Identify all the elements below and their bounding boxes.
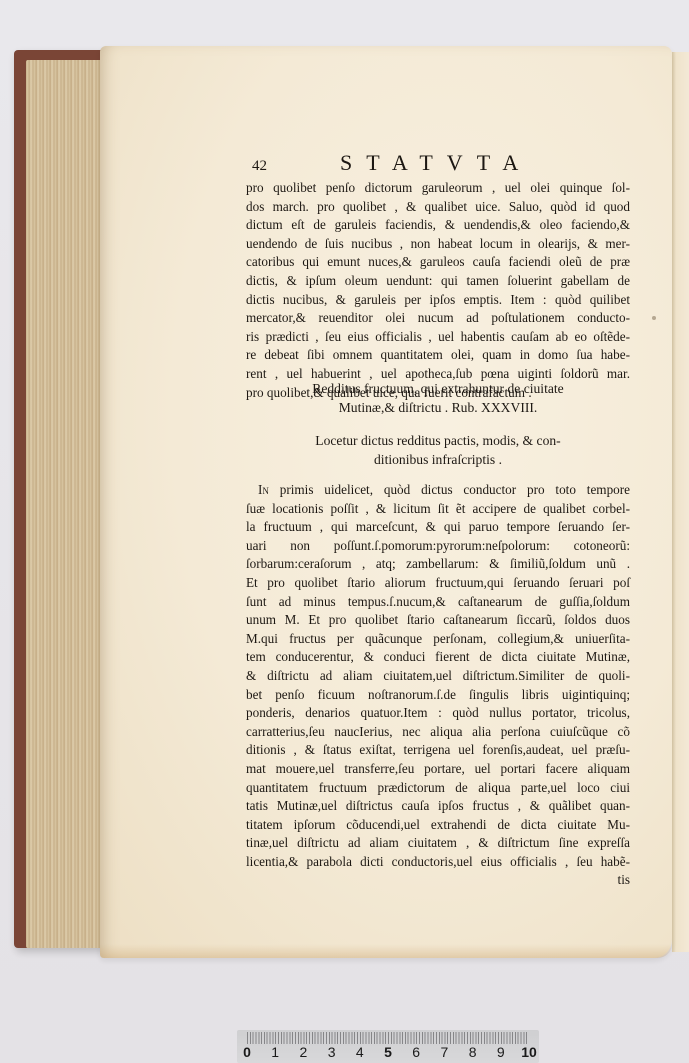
text-line: dictis nucibus, & garuleis per ipſos emp… — [246, 291, 630, 310]
text-line: titatem ipſorum cõducendi,uel extrahendi… — [246, 816, 630, 835]
ruler-ticks — [247, 1032, 529, 1044]
running-title: STATVTA — [340, 150, 532, 176]
catchword: tis — [246, 871, 630, 890]
text-line: ſorbarum:ceraſorum , atq; zambellarum: &… — [246, 555, 630, 574]
text-line: dictis, & ipſum oleum uendunt: qui tamen… — [246, 272, 630, 291]
text-line: dos march. pro quolibet , & qualibet uic… — [246, 198, 630, 217]
text-line: ſunt ad minus tempus.ſ.nucum,& caſtanear… — [246, 593, 630, 612]
text-line: unum M. Et pro quolibet ſtario caſtanear… — [246, 611, 630, 630]
text-line: M.qui fructus per quãcunque perſonam, co… — [246, 630, 630, 649]
text-line: mat mouere,uel transferre,ſeu portare, u… — [246, 760, 630, 779]
ruler-label-1: 1 — [271, 1044, 279, 1060]
text-line: ponderis, denarios quatuor.Item : quòd n… — [246, 704, 630, 723]
ruler-label-5: 5 — [384, 1044, 392, 1060]
paragraph-1: pro quolibet penſo dictorum garuleorum ,… — [246, 179, 630, 402]
text-line: uari non poſſunt.ſ.pomorum:pyrorum:neſpo… — [246, 537, 630, 556]
page-header: 42 STATVTA — [252, 150, 652, 180]
ruler-label-4: 4 — [356, 1044, 364, 1060]
text-line: tinæ,uel diſtrictu ad aliam ciuitatem , … — [246, 834, 630, 853]
text-line: la fructuum , qui marceſcunt, & qui paru… — [246, 518, 630, 537]
text-line: ſuæ locationis poſſit , & licitum ſit ẽt… — [246, 500, 630, 519]
text-line: Et pro quolibet ſtario aliorum fructuum,… — [246, 574, 630, 593]
rubric-title-line: Redditus fructuum, qui extrahuntur de ci… — [246, 380, 630, 399]
facing-page-edge — [672, 52, 689, 952]
ruler-labels: 0 1 2 3 4 5 6 7 8 9 10 — [237, 1044, 539, 1062]
rubric-title-line: Mutinæ,& diſtrictu . Rub. XXXVIII. — [246, 399, 630, 418]
text-line: mercator,& reuenditor olei nucum ad poſt… — [246, 309, 630, 328]
ruler-label-7: 7 — [440, 1044, 448, 1060]
ruler-label-0: 0 — [243, 1044, 251, 1060]
text-line: quantitatem fructuum prædictorum de aliq… — [246, 779, 630, 798]
ruler-label-2: 2 — [299, 1044, 307, 1060]
text-line: re debeat ſibi omnem quantitatem olei, q… — [246, 346, 630, 365]
initial-word: In — [258, 482, 269, 497]
rubric-subtitle-line: ditionibus infraſcriptis . — [246, 451, 630, 470]
page-number: 42 — [252, 158, 267, 175]
paper-foxing-spot — [652, 316, 656, 320]
text-line: uendendo de ſuis nucibus , non habeat lo… — [246, 235, 630, 254]
rubric-subheading: Locetur dictus redditus pactis, modis, &… — [246, 432, 630, 469]
text-line: carratterius,ſeu naucIerius, nec aliqua … — [246, 723, 630, 742]
ruler-label-6: 6 — [412, 1044, 420, 1060]
text-line: ditionis , & ſtatus exiſtat, terrigena u… — [246, 741, 630, 760]
text-line: bet penſo ficuum noſtranorum.ſ.de ſingul… — [246, 686, 630, 705]
text-line: ris prædicti , ſeu eius officialis , uel… — [246, 328, 630, 347]
page-edges-stack — [26, 60, 110, 948]
first-line-text: primis uidelicet, quòd dictus conductor … — [269, 482, 630, 497]
ruler-label-3: 3 — [328, 1044, 336, 1060]
paragraph-2: In primis uidelicet, quòd dictus conduct… — [246, 481, 630, 890]
rubric-subtitle-line: Locetur dictus redditus pactis, modis, &… — [246, 432, 630, 451]
ruler-label-8: 8 — [469, 1044, 477, 1060]
text-line: licentia,& parabola dicti conductoris,ue… — [246, 853, 630, 872]
text-line: catoribus qui emunt nuces,& garuleos cau… — [246, 253, 630, 272]
ruler-label-10: 10 — [521, 1044, 537, 1060]
text-line: dictum eſt de garuleis faciendis, & uend… — [246, 216, 630, 235]
ruler-label-9: 9 — [497, 1044, 505, 1060]
text-line: pro quolibet penſo dictorum garuleorum ,… — [246, 179, 630, 198]
text-line-first: In primis uidelicet, quòd dictus conduct… — [246, 481, 630, 500]
text-line: tem conducerentur, & conduci fierent de … — [246, 648, 630, 667]
text-line: tatis Mutinæ,uel diſtrictus cauſa ipſos … — [246, 797, 630, 816]
rubric-heading: Redditus fructuum, qui extrahuntur de ci… — [246, 380, 630, 417]
text-line: & diſtrictu ad aliam ciuitatem,uel diſtr… — [246, 667, 630, 686]
measurement-ruler: 0 1 2 3 4 5 6 7 8 9 10 — [237, 1030, 539, 1063]
